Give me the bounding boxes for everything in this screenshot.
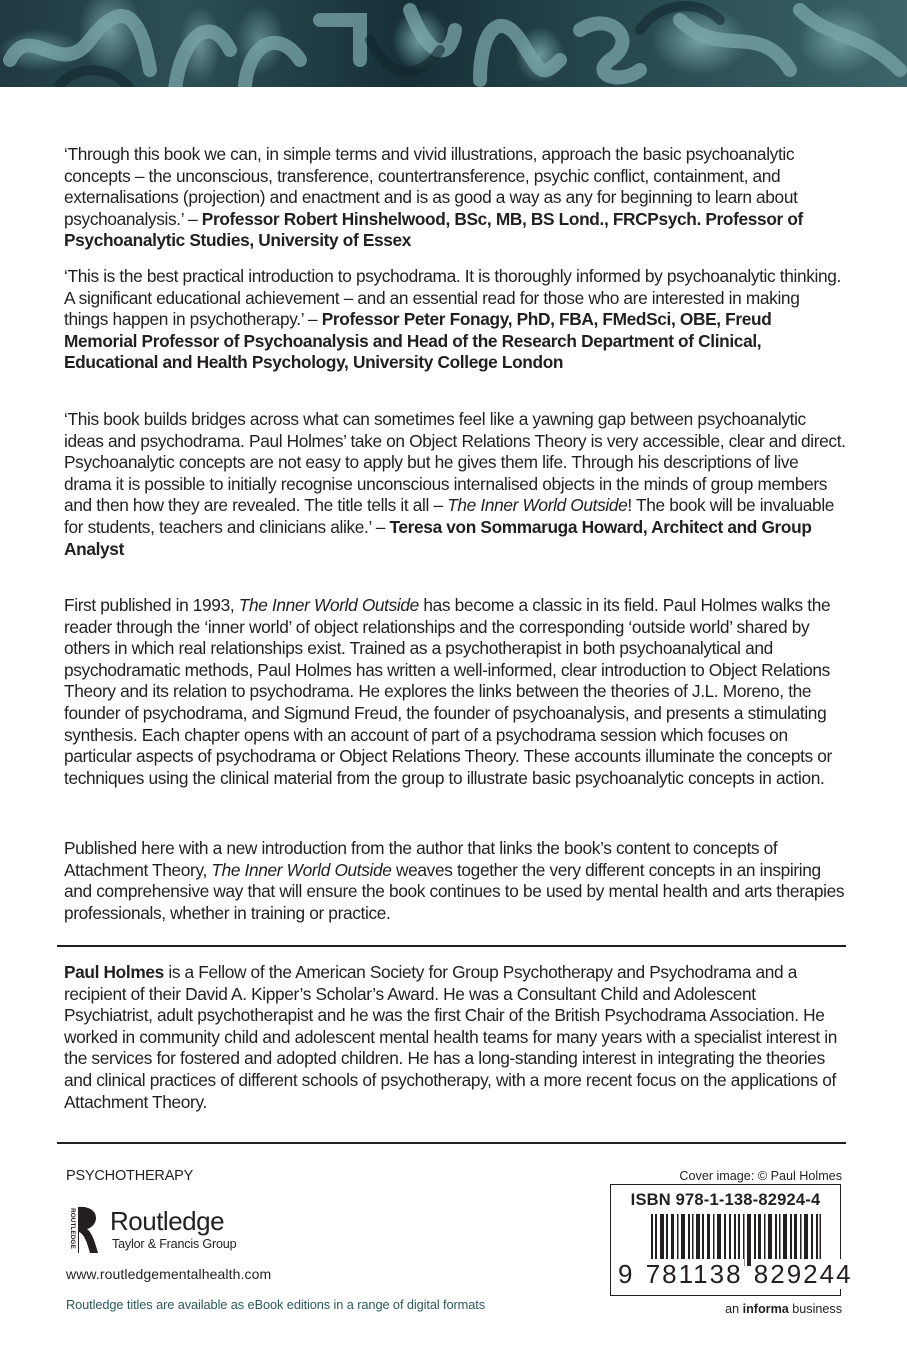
author-bio: Paul Holmes is a Fellow of the American … <box>64 962 846 1113</box>
publisher-name: Routledge <box>110 1206 224 1237</box>
divider <box>57 1142 846 1144</box>
cover-banner-image <box>0 0 907 87</box>
endorsement-hinshelwood: ‘Through this book we can, in simple ter… <box>64 144 846 252</box>
author-bio-text: is a Fellow of the American Society for … <box>64 962 837 1112</box>
cover-image-credit: Cover image: © Paul Holmes <box>679 1169 842 1183</box>
book-title: The Inner World Outside <box>211 860 391 880</box>
textile-pattern-icon <box>0 0 907 87</box>
routledge-logo: ROUTLEDGE Routledge Taylor & Francis Gro… <box>66 1206 236 1256</box>
description-text: First published in 1993, <box>64 595 239 615</box>
book-title: The Inner World Outside <box>447 495 627 515</box>
endorsement-howard: ‘This book builds bridges across what ca… <box>64 409 846 560</box>
informa-suffix: business <box>789 1302 842 1316</box>
divider <box>57 945 846 947</box>
isbn-digits: 9 781138 829244 <box>617 1259 854 1290</box>
book-description-paragraph-2: Published here with a new introduction f… <box>64 838 846 924</box>
informa-business-tagline: an informa business <box>725 1302 842 1316</box>
publisher-website-link[interactable]: www.routledgementalhealth.com <box>66 1266 271 1282</box>
publisher-group: Taylor & Francis Group <box>112 1237 236 1251</box>
isbn-barcode-box: ISBN 978-1-138-82924-4 9 781138 829244 <box>610 1184 841 1296</box>
svg-text:ROUTLEDGE: ROUTLEDGE <box>69 1208 76 1249</box>
description-text: has become a classic in its field. Paul … <box>64 595 832 788</box>
ebook-availability-note: Routledge titles are available as eBook … <box>66 1297 485 1312</box>
book-title: The Inner World Outside <box>239 595 419 615</box>
informa-prefix: an <box>725 1302 743 1316</box>
informa-brand: informa <box>743 1302 789 1316</box>
isbn-right-digits: 829244 <box>753 1259 854 1289</box>
subject-category: PSYCHOTHERAPY <box>66 1168 193 1184</box>
isbn-label: ISBN 978-1-138-82924-4 <box>611 1191 840 1210</box>
isbn-left-digits: 781138 <box>645 1259 744 1289</box>
author-name: Paul Holmes <box>64 962 164 982</box>
book-description-paragraph-1: First published in 1993, The Inner World… <box>64 595 846 789</box>
endorsement-fonagy: ‘This is the best practical introduction… <box>64 266 846 374</box>
isbn-first-digit: 9 <box>617 1259 635 1289</box>
routledge-r-icon: ROUTLEDGE <box>66 1206 106 1254</box>
